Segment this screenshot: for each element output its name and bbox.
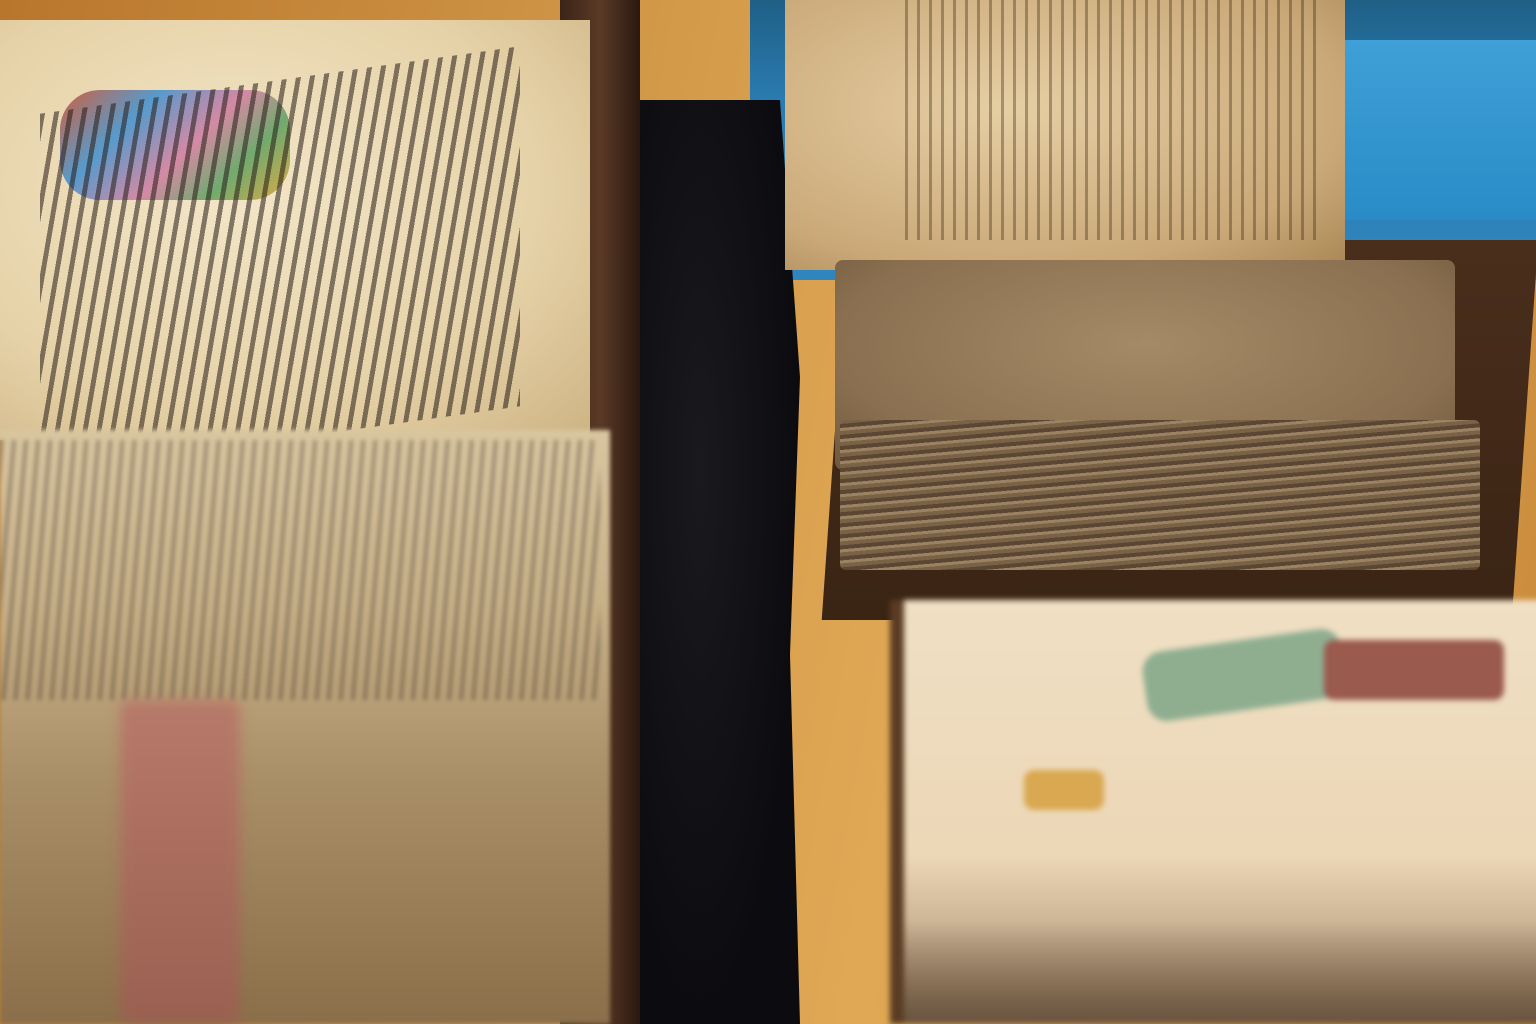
page-edge-text <box>0 440 600 700</box>
large-illuminated-manuscript <box>0 0 640 1024</box>
page-stack <box>840 420 1480 570</box>
manuscript-page <box>0 20 590 440</box>
upper-open-page <box>785 0 1345 270</box>
faded-script-text <box>905 0 1325 240</box>
gothic-script-text <box>40 46 520 473</box>
green-figure-detail <box>1140 626 1348 723</box>
foreground-shadow <box>904 920 1536 1024</box>
photo-scene: Several old illuminated manuscripts on a… <box>0 0 1536 1024</box>
small-worn-manuscript <box>775 0 1535 620</box>
red-figure-detail <box>1324 640 1504 700</box>
yellow-figure-detail <box>1024 770 1104 810</box>
illustrated-manuscript-page <box>890 600 1536 1024</box>
blurred-foreground-clasp <box>120 700 240 1024</box>
